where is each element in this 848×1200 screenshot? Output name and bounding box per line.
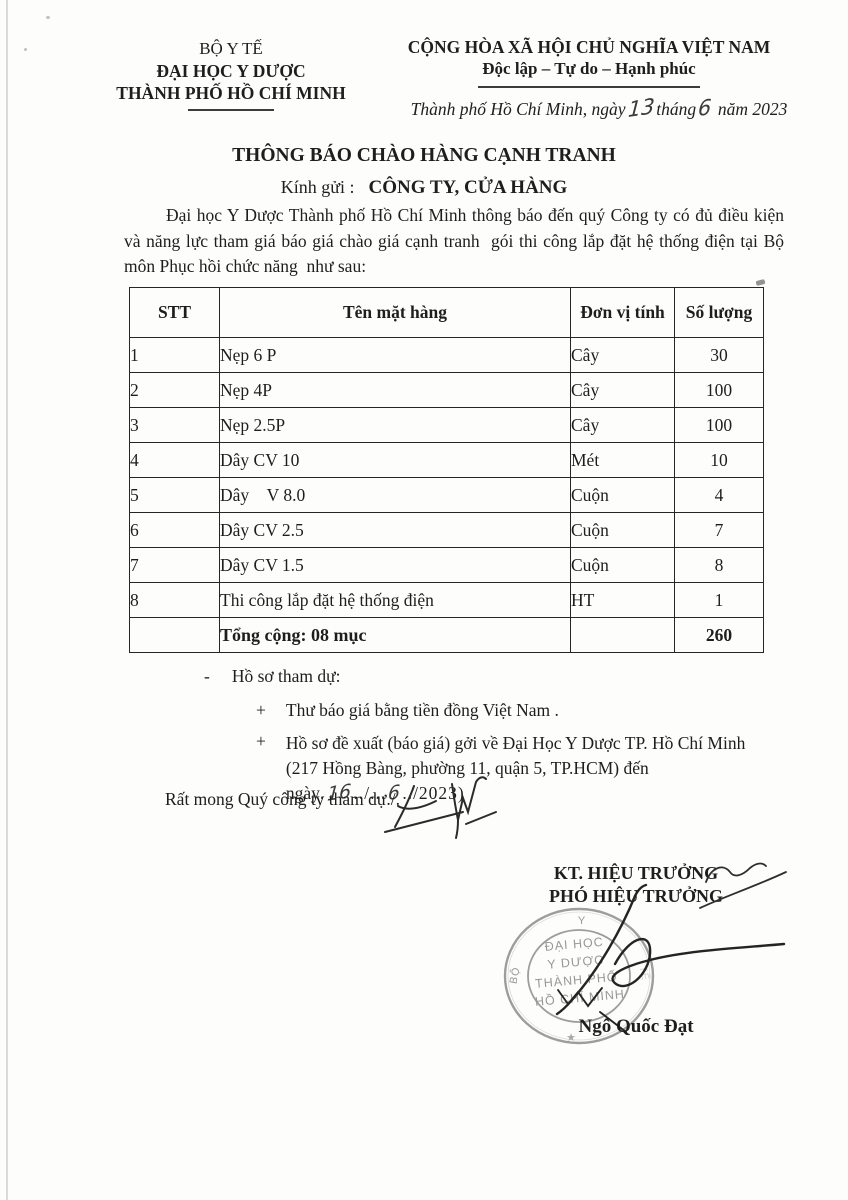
total-quantity: 260 bbox=[675, 618, 764, 653]
cell-stt: 7 bbox=[130, 548, 220, 583]
notes-heading-text: Hồ sơ tham dự: bbox=[232, 666, 341, 686]
cell-total-empty-unit bbox=[571, 618, 675, 653]
cell-total-empty-stt bbox=[130, 618, 220, 653]
handwritten-day: 13 bbox=[625, 96, 657, 122]
table-row: 6 Dây CV 2.5 Cuộn 7 bbox=[130, 513, 764, 548]
cell-qty: 10 bbox=[675, 443, 764, 478]
table-row: 2 Nẹp 4P Cây 100 bbox=[130, 373, 764, 408]
handwritten-month: 6 bbox=[695, 97, 714, 121]
place-date-line: Thành phố Hồ Chí Minh, ngày13tháng6 năm … bbox=[400, 98, 798, 120]
university-city: THÀNH PHỐ HỒ CHÍ MINH bbox=[95, 82, 367, 104]
total-label: Tổng cộng: 08 mục bbox=[220, 618, 571, 653]
date-middle: tháng bbox=[656, 99, 696, 119]
table-row: 4 Dây CV 10 Mét 10 bbox=[130, 443, 764, 478]
intro-paragraph: Đại học Y Dược Thành phố Hồ Chí Minh thô… bbox=[124, 203, 784, 280]
cell-name: Thi công lắp đặt hệ thống điện bbox=[220, 583, 571, 618]
cell-unit: Cuộn bbox=[571, 513, 675, 548]
cell-stt: 6 bbox=[130, 513, 220, 548]
note-item-2-line2: (217 Hồng Bàng, phường 11, quận 5, TP.HC… bbox=[286, 756, 786, 781]
date-suffix: năm 2023 bbox=[718, 99, 788, 119]
university-name: ĐẠI HỌC Y DƯỢC bbox=[95, 60, 367, 82]
cell-stt: 4 bbox=[130, 443, 220, 478]
cell-unit: Mét bbox=[571, 443, 675, 478]
cell-unit: Cây bbox=[571, 373, 675, 408]
national-motto: Độc lập – Tự do – Hạnh phúc bbox=[398, 58, 780, 80]
table-row: 7 Dây CV 1.5 Cuộn 8 bbox=[130, 548, 764, 583]
cell-unit: HT bbox=[571, 583, 675, 618]
table-row: 3 Nẹp 2.5P Cây 100 bbox=[130, 408, 764, 443]
items-table: STT Tên mặt hàng Đơn vị tính Số lượng 1 … bbox=[129, 287, 764, 653]
cell-stt: 5 bbox=[130, 478, 220, 513]
cell-unit: Cây bbox=[571, 338, 675, 373]
table-row: 1 Nẹp 6 P Cây 30 bbox=[130, 338, 764, 373]
national-title: CỘNG HÒA XÃ HỘI CHỦ NGHĨA VIỆT NAM bbox=[398, 36, 780, 58]
document-page: BỘ Y TẾ ĐẠI HỌC Y DƯỢC THÀNH PHỐ HỒ CHÍ … bbox=[0, 0, 848, 1200]
table-row: 8 Thi công lắp đặt hệ thống điện HT 1 bbox=[130, 583, 764, 618]
cell-qty: 100 bbox=[675, 373, 764, 408]
ministry-name: BỘ Y TẾ bbox=[95, 38, 367, 60]
table-row: 5 Dây V 8.0 Cuộn 4 bbox=[130, 478, 764, 513]
plus-bullet: + bbox=[256, 700, 266, 720]
signature-stroke bbox=[613, 939, 784, 986]
salutation-recipient: CÔNG TY, CỬA HÀNG bbox=[368, 177, 567, 198]
col-header-unit: Đơn vị tính bbox=[571, 288, 675, 338]
cell-stt: 3 bbox=[130, 408, 220, 443]
cell-stt: 2 bbox=[130, 373, 220, 408]
signer-name: Ngô Quốc Đạt bbox=[520, 1016, 752, 1038]
col-header-name: Tên mặt hàng bbox=[220, 288, 571, 338]
closing-line: Rất mong Quý công ty tham dự./. bbox=[165, 789, 400, 810]
cell-stt: 8 bbox=[130, 583, 220, 618]
cell-name: Dây CV 1.5 bbox=[220, 548, 571, 583]
dash-bullet: - bbox=[204, 666, 210, 686]
cell-name: Nẹp 2.5P bbox=[220, 408, 571, 443]
table-total-row: Tổng cộng: 08 mục 260 bbox=[130, 618, 764, 653]
cell-qty: 30 bbox=[675, 338, 764, 373]
document-title: THÔNG BÁO CHÀO HÀNG CẠNH TRANH bbox=[0, 145, 848, 167]
date-prefix: Thành phố Hồ Chí Minh, ngày bbox=[411, 99, 626, 119]
cell-qty: 7 bbox=[675, 513, 764, 548]
cell-stt: 1 bbox=[130, 338, 220, 373]
signature-stroke bbox=[635, 885, 646, 896]
notes-heading: -Hồ sơ tham dự: bbox=[204, 666, 341, 687]
header-left-rule bbox=[188, 109, 274, 111]
header-right-rule bbox=[478, 86, 700, 88]
cell-unit: Cuộn bbox=[571, 478, 675, 513]
cell-unit: Cuộn bbox=[571, 548, 675, 583]
scribble-stroke bbox=[466, 812, 496, 824]
cell-name: Dây CV 10 bbox=[220, 443, 571, 478]
note-item-1: +Thư báo giá bằng tiền đồng Việt Nam . bbox=[256, 700, 559, 721]
issuing-org-block: BỘ Y TẾ ĐẠI HỌC Y DƯỢC THÀNH PHỐ HỒ CHÍ … bbox=[95, 38, 367, 111]
table-header-row: STT Tên mặt hàng Đơn vị tính Số lượng bbox=[130, 288, 764, 338]
cell-name: Nẹp 6 P bbox=[220, 338, 571, 373]
cell-name: Dây CV 2.5 bbox=[220, 513, 571, 548]
cell-name: Dây V 8.0 bbox=[220, 478, 571, 513]
salutation-line: Kính gửi :CÔNG TY, CỬA HÀNG bbox=[0, 177, 848, 199]
salutation-label: Kính gửi : bbox=[281, 177, 355, 197]
col-header-stt: STT bbox=[130, 288, 220, 338]
scan-speck bbox=[46, 16, 50, 19]
note-item-1-text: Thư báo giá bằng tiền đồng Việt Nam . bbox=[286, 700, 559, 720]
scan-speck bbox=[24, 48, 27, 51]
scribble-stroke bbox=[398, 801, 436, 809]
cell-unit: Cây bbox=[571, 408, 675, 443]
scribble-stroke bbox=[456, 820, 458, 838]
cell-qty: 4 bbox=[675, 478, 764, 513]
cell-qty: 8 bbox=[675, 548, 764, 583]
note-item-2-line1: Hồ sơ đề xuất (báo giá) gởi về Đại Học Y… bbox=[286, 731, 786, 756]
cell-name: Nẹp 4P bbox=[220, 373, 571, 408]
cell-qty: 100 bbox=[675, 408, 764, 443]
pen-scribble-closing bbox=[382, 776, 507, 844]
national-header-block: CỘNG HÒA XÃ HỘI CHỦ NGHĨA VIỆT NAM Độc l… bbox=[398, 36, 780, 88]
cell-qty: 1 bbox=[675, 583, 764, 618]
col-header-qty: Số lượng bbox=[675, 288, 764, 338]
